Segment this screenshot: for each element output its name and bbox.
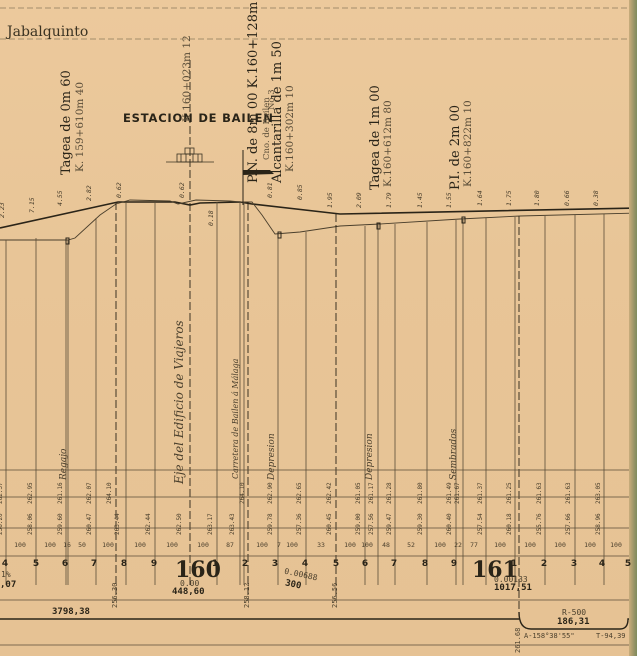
hectometre-number: 9: [451, 559, 457, 569]
grade-elevation: 261.37: [477, 482, 484, 504]
partial-distance: 22: [454, 541, 462, 549]
grade-elevation: 262.42: [326, 482, 333, 504]
terrain-elevation: 260.47: [86, 513, 93, 535]
partial-distance: 100: [344, 541, 356, 549]
terrain-label-sembrados: Sembrados: [449, 429, 459, 480]
partial-distance: 16: [63, 541, 71, 549]
height-label: 1.79: [385, 192, 393, 208]
partial-distance: 33: [317, 541, 325, 549]
hectometre-number: 5: [33, 559, 39, 569]
height-label: 0.66: [563, 190, 571, 206]
partial-distance: 100: [610, 541, 622, 549]
structure-tagea-100-title: Tagea de 1m 00: [368, 85, 383, 190]
partial-distance: 7: [277, 541, 281, 549]
hectometre-number: 3: [571, 559, 577, 569]
terrain-elevation: 259.00: [355, 513, 362, 535]
terrain-elevation: 259.30: [417, 513, 424, 535]
grade-elevation: 263.05: [595, 482, 602, 504]
grade-elevation: 264.10: [106, 482, 113, 504]
grade-elevation: 261.25: [506, 482, 513, 504]
height-label: 2.82: [85, 185, 93, 201]
partial-distance: 100: [494, 541, 506, 549]
structure-pi-km: K.160+822m 10: [462, 100, 474, 187]
terrain-elevation: 262.50: [176, 513, 183, 535]
partial-distance: 100: [361, 541, 373, 549]
height-label: 1.95: [326, 192, 334, 208]
terrain-elevation: 258.06: [27, 513, 34, 535]
partial-distance: 100: [134, 541, 146, 549]
partial-distance: 48: [382, 541, 390, 549]
structure-pn-title: P.N. de 8m 00 K.160+128m 50: [246, 0, 261, 183]
partial-distance: 100: [14, 541, 26, 549]
height-label: 0.18: [207, 210, 215, 226]
terrain-elevation: 257.36: [296, 513, 303, 535]
height-label: 1.80: [533, 190, 541, 206]
partial-distance: 52: [407, 541, 415, 549]
hectometre-number: 5: [625, 559, 631, 569]
hectometre-number: 4: [2, 559, 8, 569]
hectometre-number: 6: [362, 559, 368, 569]
structure-alcantarilla-title: Alcantarilla de 1m 50: [270, 41, 285, 183]
partial-distance: 100: [44, 541, 56, 549]
curve-radius: R-500: [562, 608, 586, 617]
partial-distance: 100: [256, 541, 268, 549]
terrain-elevation: 256.20: [0, 513, 4, 535]
terrain-label-eje-edificio: Eje del Edificio de Viajeros: [172, 320, 186, 484]
profile-sheet: Jabalquinto ESTACION DE BAILEN K 160+023…: [0, 0, 637, 656]
grade-elevation: 262.65: [296, 482, 303, 504]
partial-distance: 100: [286, 541, 298, 549]
terrain-elevation: 260.40: [446, 513, 453, 535]
grade-elevation: 261.05: [355, 482, 362, 504]
structure-alcantarilla-subtitle: No 3: [267, 89, 277, 110]
profile-drawing: [0, 0, 637, 656]
partial-distance: 100: [197, 541, 209, 549]
grade-elevation: 262.90: [267, 482, 274, 504]
height-label: 1.55: [445, 192, 453, 208]
hectometre-number: 2: [541, 559, 547, 569]
terrain-elevation: 260.45: [326, 513, 333, 535]
height-label: 2.23: [0, 202, 6, 218]
height-label: 0.38: [592, 190, 600, 206]
terrain-elevation: 257.66: [565, 513, 572, 535]
height-label: 1.45: [416, 192, 424, 208]
grade-segment-value: 1%: [1, 570, 11, 579]
kilometre-161-length: 1017,51: [494, 583, 532, 593]
grade-elevation: 261.17: [368, 482, 375, 504]
hectometre-number: 7: [391, 559, 397, 569]
hectometre-number: 8: [121, 559, 127, 569]
hectometre-number: 4: [599, 559, 605, 569]
partial-distance: 50: [78, 541, 86, 549]
terrain-label-depresion-2: Depresion: [365, 433, 375, 480]
terrain-elevation: 263.44: [114, 513, 121, 535]
grade-elevation: 262.37: [0, 482, 4, 504]
partial-distance: 77: [470, 541, 478, 549]
grade-segment-length: ,07: [0, 580, 16, 590]
grade-elevation: 261.67: [454, 482, 461, 504]
terrain-elevation: 260.18: [506, 513, 513, 535]
height-label: 2.09: [355, 192, 363, 208]
sheet-edge: [629, 0, 637, 656]
hectometre-number: 4: [302, 559, 308, 569]
partial-distance: 100: [434, 541, 446, 549]
structure-tagea-060-km: K. 159+610m 40: [74, 82, 86, 172]
height-label: 1.64: [476, 190, 484, 206]
height-label: 0.62: [178, 182, 186, 198]
terrain-elevation: 258.96: [595, 513, 602, 535]
grade-elevation: 262.07: [86, 482, 93, 504]
terrain-elevation: 262.44: [145, 513, 152, 535]
hectometre-number: 3: [272, 559, 278, 569]
grade-elevation: 261.49: [446, 482, 453, 504]
hectometre-number: 7: [91, 559, 97, 569]
structure-pi-title: P.I. de 2m 00: [448, 105, 463, 190]
grade-elevation: 264.10: [239, 482, 246, 504]
grade-elevation: 261.28: [386, 482, 393, 504]
hectometre-number: 9: [151, 559, 157, 569]
partial-distance: 100: [554, 541, 566, 549]
height-label: 1.75: [505, 190, 513, 206]
height-label: 0.62: [115, 182, 123, 198]
breakpoint-elevation: 261.68: [514, 628, 522, 653]
grade-elevation: 262.95: [27, 482, 34, 504]
hectometre-number: 5: [333, 559, 339, 569]
terrain-label-depresion-1: Depresion: [267, 433, 277, 480]
breakpoint-elevation: 258.12: [243, 583, 251, 608]
grade-elevation: 261.63: [536, 482, 543, 504]
height-label: 0.85: [296, 184, 304, 200]
hectometre-number: 8: [422, 559, 428, 569]
hectometre-number: 6: [62, 559, 68, 569]
terrain-elevation: 259.78: [267, 513, 274, 535]
terrain-elevation: 257.54: [477, 513, 484, 535]
terrain-label-regajo: Regajo: [59, 449, 69, 480]
terrain-elevation: 259.60: [57, 513, 64, 535]
terrain-elevation: 263.17: [207, 513, 214, 535]
curve-angle: A-158°38'55": [524, 632, 575, 640]
grade-elevation: 261.16: [57, 482, 64, 504]
breakpoint-elevation: 256.56: [331, 583, 339, 608]
structure-tagea-100-km: K.160+612m 80: [382, 100, 394, 187]
curve-tangent: T-94,39: [596, 632, 626, 640]
height-label: 0.81: [266, 182, 274, 198]
station-km: K 160+023m 12: [181, 35, 193, 122]
height-label: 7.15: [28, 197, 36, 213]
breakpoint-elevation: 256.30: [111, 583, 119, 608]
partial-distance: 100: [166, 541, 178, 549]
structure-tagea-060-title: Tagea de 0m 60: [59, 70, 74, 175]
grade-elevation: 261.80: [417, 482, 424, 504]
height-label: 4.55: [56, 190, 64, 206]
partial-distance: 100: [524, 541, 536, 549]
straight-length: 3798,38: [52, 607, 90, 617]
terrain-elevation: 257.56: [368, 513, 375, 535]
terrain-elevation: 259.47: [386, 513, 393, 535]
partial-distance: 87: [226, 541, 234, 549]
place-name: Jabalquinto: [7, 24, 88, 40]
partial-distance: 100: [584, 541, 596, 549]
terrain-elevation: 255.76: [536, 513, 543, 535]
kilometre-160-length: 448,60: [172, 587, 205, 597]
grade-elevation: 261.63: [565, 482, 572, 504]
terrain-elevation: 263.43: [229, 513, 236, 535]
structure-alcantarilla-km: K.160+302m 10: [284, 85, 296, 172]
partial-distance: 100: [102, 541, 114, 549]
curve-length: 186,31: [557, 617, 590, 627]
hectometre-number: 2: [242, 559, 248, 569]
terrain-label-carretera: Carretera de Bailen á Málaga: [231, 359, 240, 479]
